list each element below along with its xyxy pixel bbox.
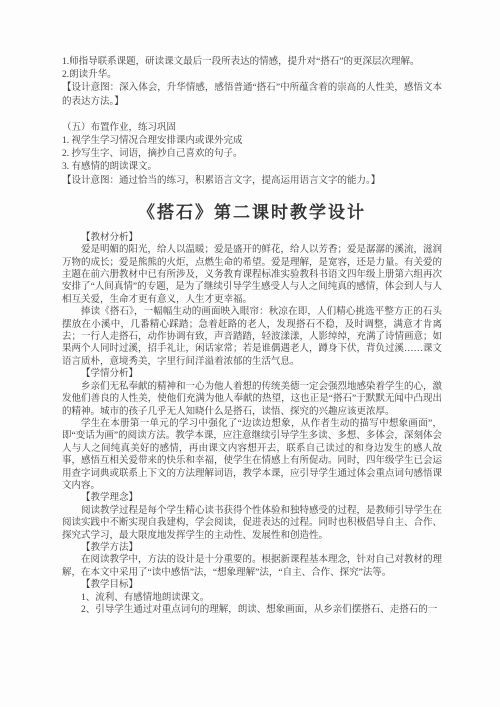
paragraph: 在阅读教学中，方法的设计是十分重要的。根据新课程基本理念，针对自己对教材的理解，… <box>62 554 442 579</box>
paragraph: 学生在本册第一单元的学习中强化了“边读边想象，从作者生动的描写中想象画面”，即“… <box>62 418 442 492</box>
section-heading: 【教学理念】 <box>62 492 442 504</box>
section-textbook-analysis: 【教材分析】 爱是明媚的阳光，给人以温暖；爱是盛开的鲜花，给人以芳香；爱是潺潺的… <box>62 232 442 368</box>
lesson-plan-body: 【教材分析】 爱是明媚的阳光，给人以温暖；爱是盛开的鲜花，给人以芳香；爱是潺潺的… <box>62 232 442 617</box>
objective-item: 1、流利、有感情地朗读课文。 <box>62 592 442 604</box>
paragraph: 爱是明媚的阳光，给人以温暖；爱是盛开的鲜花，给人以芳香；爱是潺潺的溪流，滋润万物… <box>62 244 442 306</box>
teaching-step-item: 1.师指导联系课题，研读课文最后一段所表达的情感，提升对“搭石”的更深层次理解。 <box>62 56 442 69</box>
homework-section-title: （五）布置作业，练习巩固 <box>62 122 442 135</box>
section-teaching-philosophy: 【教学理念】 阅读教学过程是每个学生精心读书获得个性体验和独特感受的过程，是教师… <box>62 492 442 542</box>
homework-item: 1. 视学生学习情况合理安排课内或课外完成 <box>62 135 442 148</box>
paragraph: 捧读《搭石》，一幅幅生动的画面映入眼帘：秋凉在即，人们精心挑选平整方正的石头摆放… <box>62 306 442 368</box>
previous-lesson-closing-block: 1.师指导联系课题，研读课文最后一段所表达的情感，提升对“搭石”的更深层次理解。… <box>62 56 442 188</box>
section-heading: 【教材分析】 <box>62 232 442 244</box>
section-learner-analysis: 【学情分析】 乡亲们无私奉献的精神和一心为他人着想的传统美德一定会强烈地感染着学… <box>62 368 442 492</box>
paragraph: 阅读教学过程是每个学生精心读书获得个性体验和独特感受的过程，是教师引导学生在阅读… <box>62 505 442 542</box>
homework-item: 2. 抄写生字、词语，摘抄自己喜欢的句子。 <box>62 148 442 161</box>
section-teaching-objectives: 【教学目标】 1、流利、有感情地朗读课文。 2、引导学生通过对重点词句的理解，朗… <box>62 579 442 616</box>
section-heading: 【教学方法】 <box>62 542 442 554</box>
blank-line <box>62 109 442 122</box>
design-intent-note: 【设计意图：通过恰当的练习，积累语言文字，提高运用语言文字的能力。】 <box>62 175 442 188</box>
homework-item: 3. 有感情的朗读课文。 <box>62 161 442 174</box>
objective-item: 2、引导学生通过对重点词句的理解，朗读、想象画面，从乡亲们摆搭石、走搭石的一 <box>62 604 442 616</box>
section-heading: 【教学目标】 <box>62 579 442 591</box>
document-title: 《搭石》第二课时教学设计 <box>62 198 442 223</box>
section-heading: 【学情分析】 <box>62 368 442 380</box>
document-page: 1.师指导联系课题，研读课文最后一段所表达的情感，提升对“搭石”的更深层次理解。… <box>0 0 500 707</box>
design-intent-note: 【设计意图：深入体会，升华情感，感悟普通“搭石”中所蕴含着的崇高的人性美，感悟文… <box>62 82 442 108</box>
paragraph: 乡亲们无私奉献的精神和一心为他人着想的传统美德一定会强烈地感染着学生的心，激发他… <box>62 381 442 418</box>
section-teaching-methods: 【教学方法】 在阅读教学中，方法的设计是十分重要的。根据新课程基本理念，针对自己… <box>62 542 442 579</box>
teaching-step-item: 2.朗读升华。 <box>62 69 442 82</box>
